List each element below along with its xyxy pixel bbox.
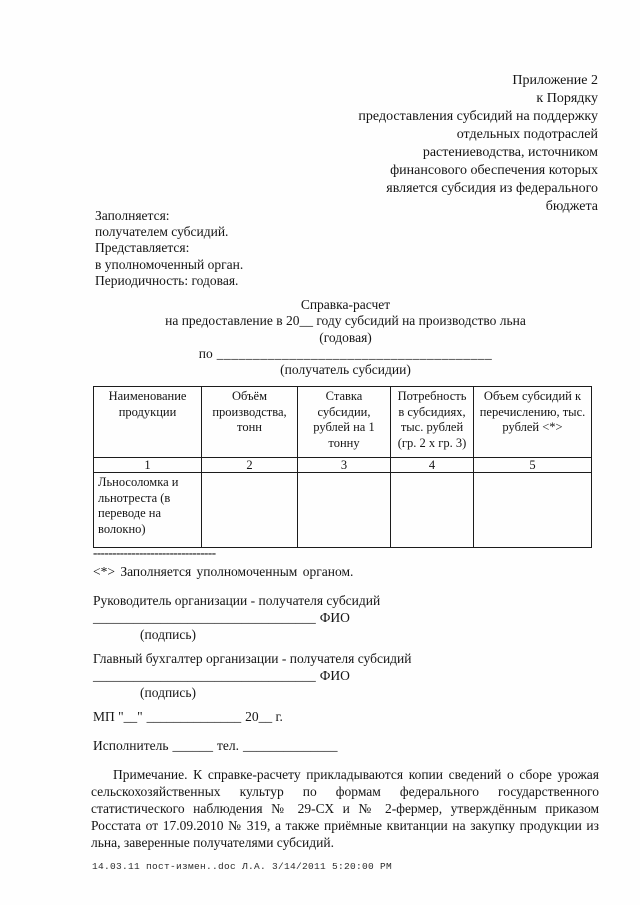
transfer-cell <box>474 473 592 548</box>
document-subtitle: на предоставление в 20__ году субсидий н… <box>93 313 598 329</box>
col-number: 1 <box>94 458 202 473</box>
signature-caption: (подпись) <box>140 684 411 701</box>
tel-blank-field: ______________ <box>243 738 338 753</box>
fill-info-line: получателем субсидий. <box>95 224 243 240</box>
recipient-line: по______________________________________ <box>93 346 598 362</box>
recipient-caption: (получатель субсидии) <box>93 362 598 378</box>
appendix-header: Приложение 2 к Порядку предоставления су… <box>258 72 598 216</box>
document-periodicity: (годовая) <box>93 330 598 346</box>
stamp-prefix: МП "__" <box>93 709 143 724</box>
recipient-blank-field: ______________________________________ <box>217 346 493 361</box>
tel-label: тел. <box>217 738 239 753</box>
table-row: Льносоломка и льнотреста (в переводе на … <box>94 473 592 548</box>
col-number: 5 <box>474 458 592 473</box>
table-number-row: 1 2 3 4 5 <box>94 458 592 473</box>
fill-info-line: Заполняется: <box>95 208 243 224</box>
need-cell <box>391 473 474 548</box>
executor-label: Исполнитель <box>93 738 169 753</box>
volume-cell <box>202 473 298 548</box>
signature-blank-field: _________________________________ <box>93 668 316 683</box>
fill-info-block: Заполняется: получателем субсидий. Предс… <box>95 208 243 289</box>
signature-block-accountant: Главный бухгалтер организации - получате… <box>93 650 411 701</box>
signature-role: Главный бухгалтер организации - получате… <box>93 650 411 667</box>
stamp-year-label: 20__ г. <box>245 709 283 724</box>
document-title: Справка-расчет <box>93 297 598 313</box>
col-number: 3 <box>298 458 391 473</box>
col-header-volume: Объём производства, тонн <box>202 387 298 458</box>
note-paragraph: Примечание. К справке-расчету прикладыва… <box>91 766 599 851</box>
appendix-line: предоставления субсидий на поддержку <box>258 108 598 126</box>
footnote-separator: -------------------------------- <box>93 545 216 561</box>
signature-caption: (подпись) <box>140 626 380 643</box>
appendix-line: Приложение 2 <box>258 72 598 90</box>
signature-block-director: Руководитель организации - получателя су… <box>93 592 380 643</box>
col-header-transfer: Объем субсидий к перечислению, тыс. рубл… <box>474 387 592 458</box>
signature-blank-field: _________________________________ <box>93 610 316 625</box>
recipient-prefix: по <box>199 346 213 361</box>
signature-role: Руководитель организации - получателя су… <box>93 592 380 609</box>
product-cell: Льносоломка и льнотреста (в переводе на … <box>94 473 202 548</box>
signature-fio-label: ФИО <box>320 668 350 683</box>
document-footer: 14.03.11 пост-измен..doc Л.А. 3/14/2011 … <box>92 861 392 872</box>
signature-fio-label: ФИО <box>320 610 350 625</box>
document-page: Приложение 2 к Порядку предоставления су… <box>0 0 640 905</box>
executor-line: Исполнитель______тел.______________ <box>93 738 338 754</box>
table-header-row: Наименование продукции Объём производств… <box>94 387 592 458</box>
signature-line: _________________________________ФИО <box>93 609 380 626</box>
appendix-line: бюджета <box>258 198 598 216</box>
col-number: 2 <box>202 458 298 473</box>
col-header-need: Потребность в субсидиях, тыс. рублей (гр… <box>391 387 474 458</box>
appendix-line: финансового обеспечения которых <box>258 162 598 180</box>
signature-line: _________________________________ФИО <box>93 667 411 684</box>
executor-blank-field: ______ <box>173 738 214 753</box>
subsidy-calc-table: Наименование продукции Объём производств… <box>93 386 592 548</box>
appendix-line: к Порядку <box>258 90 598 108</box>
footnote-text: <*> Заполняется уполномоченным органом. <box>93 564 353 580</box>
fill-info-line: в уполномоченный орган. <box>95 257 243 273</box>
fill-info-line: Периодичность: годовая. <box>95 273 243 289</box>
col-header-rate: Ставка субсидии, рублей на 1 тонну <box>298 387 391 458</box>
stamp-date-line: МП "__"______________20__ г. <box>93 709 283 725</box>
appendix-line: является субсидия из федерального <box>258 180 598 198</box>
appendix-line: отдельных подотраслей <box>258 126 598 144</box>
col-header-product: Наименование продукции <box>94 387 202 458</box>
appendix-line: растениеводства, источником <box>258 144 598 162</box>
stamp-date-blank-field: ______________ <box>147 709 242 724</box>
fill-info-line: Представляется: <box>95 240 243 256</box>
col-number: 4 <box>391 458 474 473</box>
title-block: Справка-расчет на предоставление в 20__ … <box>93 297 598 378</box>
rate-cell <box>298 473 391 548</box>
